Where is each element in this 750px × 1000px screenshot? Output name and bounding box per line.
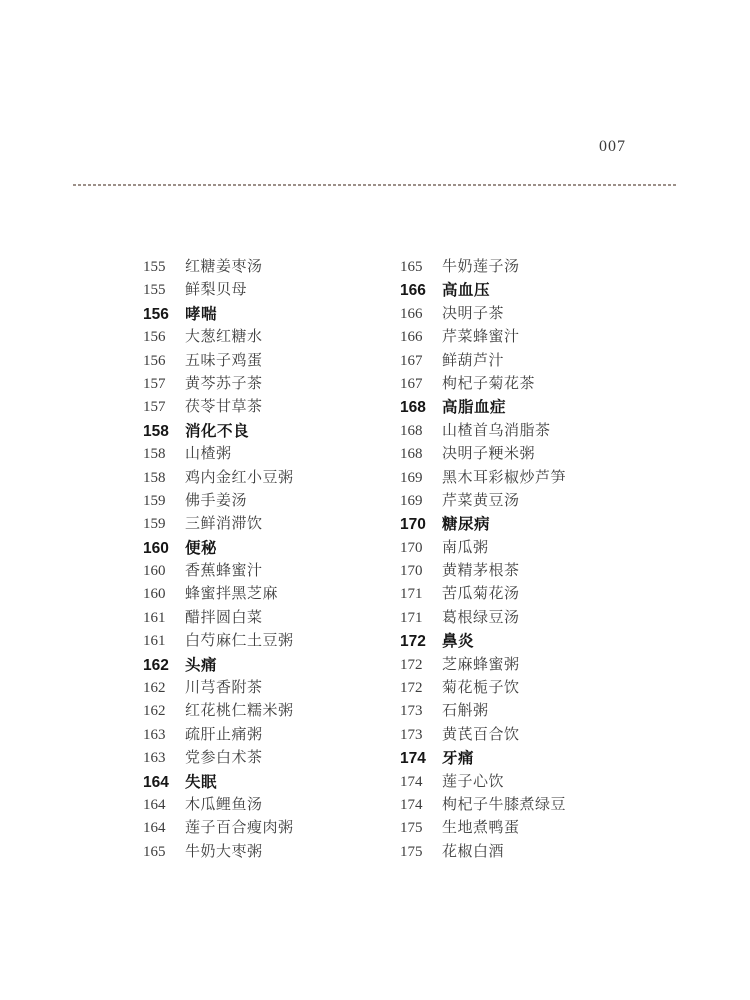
toc-page-number: 165 [400,256,442,279]
toc-entry-row: 166芹菜蜂蜜汁 [400,326,566,349]
toc-entry-row: 173黄芪百合饮 [400,724,566,747]
toc-page-number: 158 [143,467,185,490]
toc-page-number: 158 [143,420,185,443]
toc-entry-title: 山楂首乌消脂茶 [442,420,551,443]
toc-section-row: 158消化不良 [143,420,294,443]
toc-entry-row: 171葛根绿豆汤 [400,607,566,630]
toc-entry-title: 莲子百合瘦肉粥 [185,817,294,840]
toc-entry-title: 鲜葫芦汁 [442,350,504,373]
toc-entry-row: 169黑木耳彩椒炒芦笋 [400,467,566,490]
toc-entry-title: 葛根绿豆汤 [442,607,520,630]
toc-page-number: 171 [400,607,442,630]
page-number: 007 [599,138,626,156]
toc-page-number: 174 [400,747,442,770]
toc-entry-title: 三鲜消滞饮 [185,513,263,536]
toc-entry-row: 159三鲜消滞饮 [143,513,294,536]
toc-section-row: 172鼻炎 [400,630,566,653]
toc-section-title: 便秘 [185,537,217,560]
toc-page-number: 162 [143,654,185,677]
toc-entry-title: 黄芪百合饮 [442,724,520,747]
toc-entry-row: 155红糖姜枣汤 [143,256,294,279]
toc-section-title: 头痛 [185,654,217,677]
toc-entry-row: 175花椒白酒 [400,841,566,864]
toc-entry-row: 160香蕉蜂蜜汁 [143,560,294,583]
toc-entry-row: 171苦瓜菊花汤 [400,583,566,606]
toc-entry-title: 川芎香附茶 [185,677,263,700]
toc-page-number: 164 [143,817,185,840]
toc-entry-title: 大葱红糖水 [185,326,263,349]
toc-section-title: 牙痛 [442,747,474,770]
toc-page-number: 172 [400,677,442,700]
toc-entry-title: 香蕉蜂蜜汁 [185,560,263,583]
toc-page-number: 169 [400,490,442,513]
toc-section-row: 170糖尿病 [400,513,566,536]
toc-entry-title: 南瓜粥 [442,537,489,560]
toc-entry-row: 163党参白术茶 [143,747,294,770]
toc-page-number: 164 [143,771,185,794]
toc-entry-row: 159佛手姜汤 [143,490,294,513]
toc-entry-row: 165牛奶大枣粥 [143,841,294,864]
toc-page-number: 173 [400,724,442,747]
toc-page-number: 156 [143,326,185,349]
toc-page-number: 155 [143,279,185,302]
toc-page-number: 167 [400,350,442,373]
toc-entry-title: 黄芩苏子茶 [185,373,263,396]
toc-page-number: 160 [143,560,185,583]
toc-page-number: 170 [400,513,442,536]
toc-entry-title: 石斛粥 [442,700,489,723]
toc-page-number: 172 [400,654,442,677]
toc-entry-row: 158鸡内金红小豆粥 [143,467,294,490]
toc-section-title: 失眠 [185,771,217,794]
toc-entry-row: 155鲜梨贝母 [143,279,294,302]
toc-page-number: 164 [143,794,185,817]
toc-section-row: 166高血压 [400,279,566,302]
toc-entry-row: 158山楂粥 [143,443,294,466]
toc-entry-title: 芹菜黄豆汤 [442,490,520,513]
toc-section-title: 哮喘 [185,303,217,326]
toc-page-number: 156 [143,303,185,326]
toc-page-number: 168 [400,420,442,443]
toc-entry-row: 166决明子茶 [400,303,566,326]
toc-page-number: 161 [143,630,185,653]
toc-entry-row: 169芹菜黄豆汤 [400,490,566,513]
toc-entry-title: 花椒白酒 [442,841,504,864]
toc-entry-row: 163疏肝止痛粥 [143,724,294,747]
toc-page-number: 169 [400,467,442,490]
toc-entry-title: 鸡内金红小豆粥 [185,467,294,490]
toc-entry-row: 164木瓜鲤鱼汤 [143,794,294,817]
toc-section-title: 消化不良 [185,420,249,443]
toc-entry-title: 佛手姜汤 [185,490,247,513]
toc-page-number: 166 [400,303,442,326]
toc-entry-row: 165牛奶莲子汤 [400,256,566,279]
toc-column-left: 155红糖姜枣汤155鲜梨贝母156哮喘156大葱红糖水156五味子鸡蛋157黄… [143,256,294,864]
toc-entry-title: 莲子心饮 [442,771,504,794]
toc-entry-title: 疏肝止痛粥 [185,724,263,747]
toc-entry-row: 175生地煮鸭蛋 [400,817,566,840]
toc-entry-title: 木瓜鲤鱼汤 [185,794,263,817]
toc-page-number: 160 [143,537,185,560]
toc-page-number: 159 [143,490,185,513]
toc-entry-title: 鲜梨贝母 [185,279,247,302]
book-toc-page: 007 155红糖姜枣汤155鲜梨贝母156哮喘156大葱红糖水156五味子鸡蛋… [0,0,750,1000]
toc-entry-title: 红糖姜枣汤 [185,256,263,279]
toc-page-number: 170 [400,560,442,583]
toc-entry-row: 170黄精茅根茶 [400,560,566,583]
toc-section-row: 174牙痛 [400,747,566,770]
toc-page-number: 160 [143,583,185,606]
toc-entry-row: 157黄芩苏子茶 [143,373,294,396]
toc-entry-title: 决明子茶 [442,303,504,326]
toc-entry-title: 党参白术茶 [185,747,263,770]
toc-page-number: 156 [143,350,185,373]
toc-page-number: 159 [143,513,185,536]
toc-page-number: 157 [143,396,185,419]
dashed-divider [73,184,678,186]
toc-entry-title: 苦瓜菊花汤 [442,583,520,606]
toc-page-number: 167 [400,373,442,396]
toc-entry-title: 决明子粳米粥 [442,443,535,466]
toc-entry-title: 山楂粥 [185,443,232,466]
toc-entry-title: 蜂蜜拌黑芝麻 [185,583,278,606]
toc-section-row: 160便秘 [143,537,294,560]
toc-entry-row: 167枸杞子菊花茶 [400,373,566,396]
toc-entry-title: 五味子鸡蛋 [185,350,263,373]
toc-page-number: 161 [143,607,185,630]
toc-entry-title: 芹菜蜂蜜汁 [442,326,520,349]
toc-entry-title: 醋拌圆白菜 [185,607,263,630]
toc-page-number: 168 [400,396,442,419]
toc-entry-row: 168山楂首乌消脂茶 [400,420,566,443]
toc-section-title: 糖尿病 [442,513,490,536]
toc-page-number: 162 [143,677,185,700]
toc-page-number: 155 [143,256,185,279]
toc-entry-row: 174枸杞子牛膝煮绿豆 [400,794,566,817]
toc-entry-row: 162川芎香附茶 [143,677,294,700]
toc-entry-title: 黄精茅根茶 [442,560,520,583]
toc-page-number: 174 [400,794,442,817]
toc-section-row: 168高脂血症 [400,396,566,419]
toc-entry-title: 枸杞子菊花茶 [442,373,535,396]
toc-entry-row: 162红花桃仁糯米粥 [143,700,294,723]
toc-entry-row: 170南瓜粥 [400,537,566,560]
toc-entry-title: 生地煮鸭蛋 [442,817,520,840]
toc-page-number: 175 [400,841,442,864]
toc-page-number: 163 [143,724,185,747]
toc-entry-title: 牛奶大枣粥 [185,841,263,864]
toc-entry-title: 白芍麻仁土豆粥 [185,630,294,653]
toc-entry-title: 茯苓甘草茶 [185,396,263,419]
toc-page-number: 166 [400,279,442,302]
toc-page-number: 171 [400,583,442,606]
toc-entry-row: 157茯苓甘草茶 [143,396,294,419]
toc-entry-row: 156五味子鸡蛋 [143,350,294,373]
toc-column-right: 165牛奶莲子汤166高血压166决明子茶166芹菜蜂蜜汁167鲜葫芦汁167枸… [400,256,566,864]
toc-entry-title: 枸杞子牛膝煮绿豆 [442,794,566,817]
toc-page-number: 170 [400,537,442,560]
toc-section-title: 鼻炎 [442,630,474,653]
toc-entry-row: 164莲子百合瘦肉粥 [143,817,294,840]
toc-page-number: 157 [143,373,185,396]
toc-page-number: 163 [143,747,185,770]
toc-page-number: 158 [143,443,185,466]
toc-page-number: 174 [400,771,442,794]
toc-section-row: 164失眠 [143,771,294,794]
toc-page-number: 166 [400,326,442,349]
toc-entry-row: 161白芍麻仁土豆粥 [143,630,294,653]
toc-page-number: 172 [400,630,442,653]
toc-entry-row: 156大葱红糖水 [143,326,294,349]
toc-entry-title: 黑木耳彩椒炒芦笋 [442,467,566,490]
toc-entry-title: 牛奶莲子汤 [442,256,520,279]
toc-entry-row: 174莲子心饮 [400,771,566,794]
toc-entry-row: 160蜂蜜拌黑芝麻 [143,583,294,606]
toc-entry-title: 芝麻蜂蜜粥 [442,654,520,677]
toc-section-title: 高脂血症 [442,396,506,419]
toc-entry-row: 172菊花栀子饮 [400,677,566,700]
toc-section-title: 高血压 [442,279,490,302]
toc-entry-row: 172芝麻蜂蜜粥 [400,654,566,677]
toc-entry-row: 173石斛粥 [400,700,566,723]
toc-section-row: 156哮喘 [143,303,294,326]
toc-entry-row: 161醋拌圆白菜 [143,607,294,630]
toc-page-number: 175 [400,817,442,840]
toc-page-number: 173 [400,700,442,723]
toc-page-number: 165 [143,841,185,864]
toc-page-number: 162 [143,700,185,723]
toc-page-number: 168 [400,443,442,466]
toc-entry-row: 168决明子粳米粥 [400,443,566,466]
toc-entry-row: 167鲜葫芦汁 [400,350,566,373]
toc-entry-title: 菊花栀子饮 [442,677,520,700]
toc-section-row: 162头痛 [143,654,294,677]
toc-entry-title: 红花桃仁糯米粥 [185,700,294,723]
